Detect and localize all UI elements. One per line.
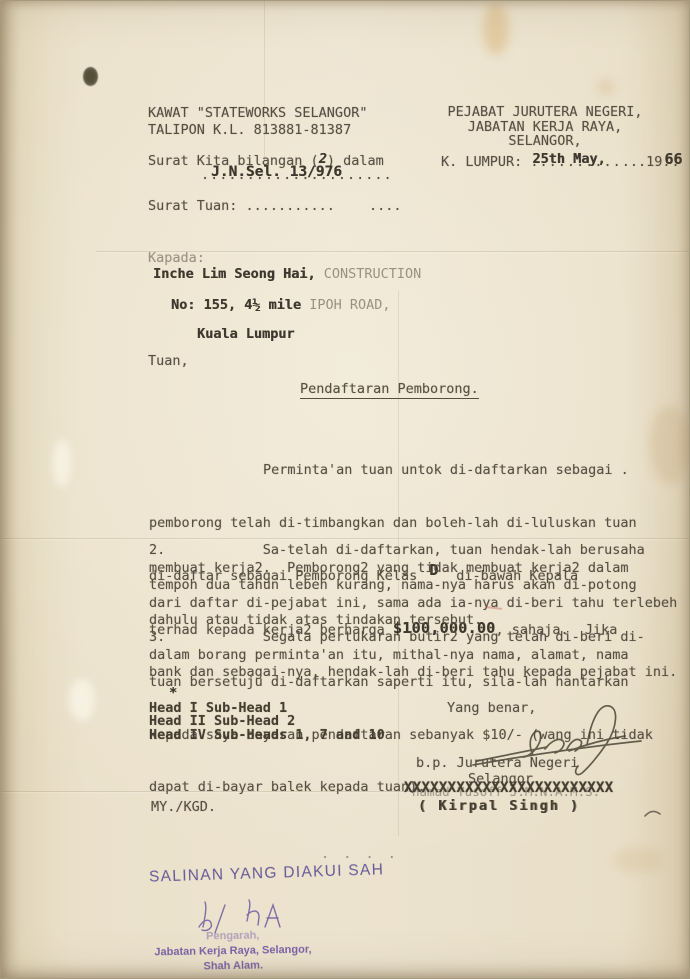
signatory-title: b.p. Jurutera Negeri (416, 755, 579, 771)
date-day: 25th May, (532, 151, 605, 167)
date-label: K. LUMPUR: (441, 154, 522, 170)
paper-stain (613, 847, 663, 873)
subject-line: Pendaftaran Pemborong. (300, 381, 479, 399)
recipient-city: Kuala Lumpur (197, 326, 295, 342)
date-line: K. LUMPUR: ..........25th May,...19..66 (441, 154, 681, 170)
pen-curl-mark (643, 807, 663, 819)
paragraph-2: 2. Sa-telah di-daftarkan, tuan hendak-la… (149, 542, 677, 630)
stamp-city: Shah Alam. (143, 957, 323, 975)
your-ref-line: Surat Tuan: ............... (148, 198, 401, 214)
salutation: Tuan, (148, 353, 189, 369)
dotted-line: .... (369, 198, 402, 214)
paper-scuff (53, 439, 71, 487)
struck-out-name: hamad Yusoff J.M.N.A.M.S. XXXXXXXXXXXXXX… (404, 780, 624, 798)
certified-copy-stamp: SALINAN YANG DIAKUI SAH (149, 861, 385, 886)
letter-document: KAWAT "STATEWORKS SELANGOR" TALIPON K.L.… (0, 0, 690, 979)
hole-punch-mark (83, 67, 98, 86)
date-mid: ...19 (622, 154, 663, 170)
subject-text: Pendaftaran Pemborong. (300, 381, 479, 399)
signatory-name: ( Kirpal Singh ) (418, 798, 580, 814)
date-year: 66 (664, 150, 682, 168)
paragraph-3: 3. Segala pertukaran butir2 yang telah d… (149, 629, 677, 682)
paper-stain (483, 3, 509, 55)
recipient-address-line: No: 155, 4½ mile IPOH ROAD, (171, 297, 390, 313)
office-stamp: Pengarah, Jabatan Kerja Raya, Selangor, … (143, 927, 324, 975)
telephone-line: TALIPON K.L. 813881-81387 (148, 122, 351, 138)
stamp-role: Pengarah, (143, 927, 323, 945)
recipient-name-suffix: CONSTRUCTION (324, 266, 422, 282)
paper-stain (649, 406, 690, 484)
paper-stain (597, 79, 615, 95)
p1-line: Perminta'an tuan untok di-daftarkan seba… (149, 462, 653, 480)
paper-scuff (69, 679, 95, 721)
office-line-1: PEJABAT JURUTERA NEGERI, (429, 105, 661, 120)
our-ref-file: J.N.Sel. 13/976 (211, 164, 342, 180)
your-ref-label: Surat Tuan: ........... (148, 198, 335, 214)
stamp-department: Jabatan Kerja Raya, Selangor, (143, 942, 323, 960)
our-ref-file-line: .....................J.N.Sel. 13/976 (201, 167, 393, 183)
asterisk-mark: * (169, 685, 177, 701)
office-line-3: SELANGOR, (429, 134, 661, 149)
office-address-block: PEJABAT JURUTERA NEGERI, JABATAN KERJA R… (429, 105, 661, 149)
office-line-2: JABATAN KERJA RAYA, (429, 120, 661, 135)
recipient-address: No: 155, 4½ mile (171, 297, 301, 313)
overstrike-x-row: XXXXXXXXXXXXXXXXXXXXXXXX (404, 780, 614, 796)
reference-initials: MY./KGD. (151, 799, 216, 815)
recipient-name: Inche Lim Seong Hai, (153, 266, 316, 282)
typed-dots: . . . . (321, 846, 399, 862)
p1-line: pemborong telah di-timbangkan dan boleh-… (149, 515, 653, 533)
kepada-label: Kapada: (148, 250, 205, 266)
telegraph-line: KAWAT "STATEWORKS SELANGOR" (148, 105, 367, 121)
heads-block: Head I Sub-Head 1 Head II Sub-Head 2 Hea… (149, 702, 385, 742)
recipient-name-line: Inche Lim Seong Hai, CONSTRUCTION (153, 266, 421, 282)
recipient-address-suffix: IPOH ROAD, (309, 297, 390, 313)
